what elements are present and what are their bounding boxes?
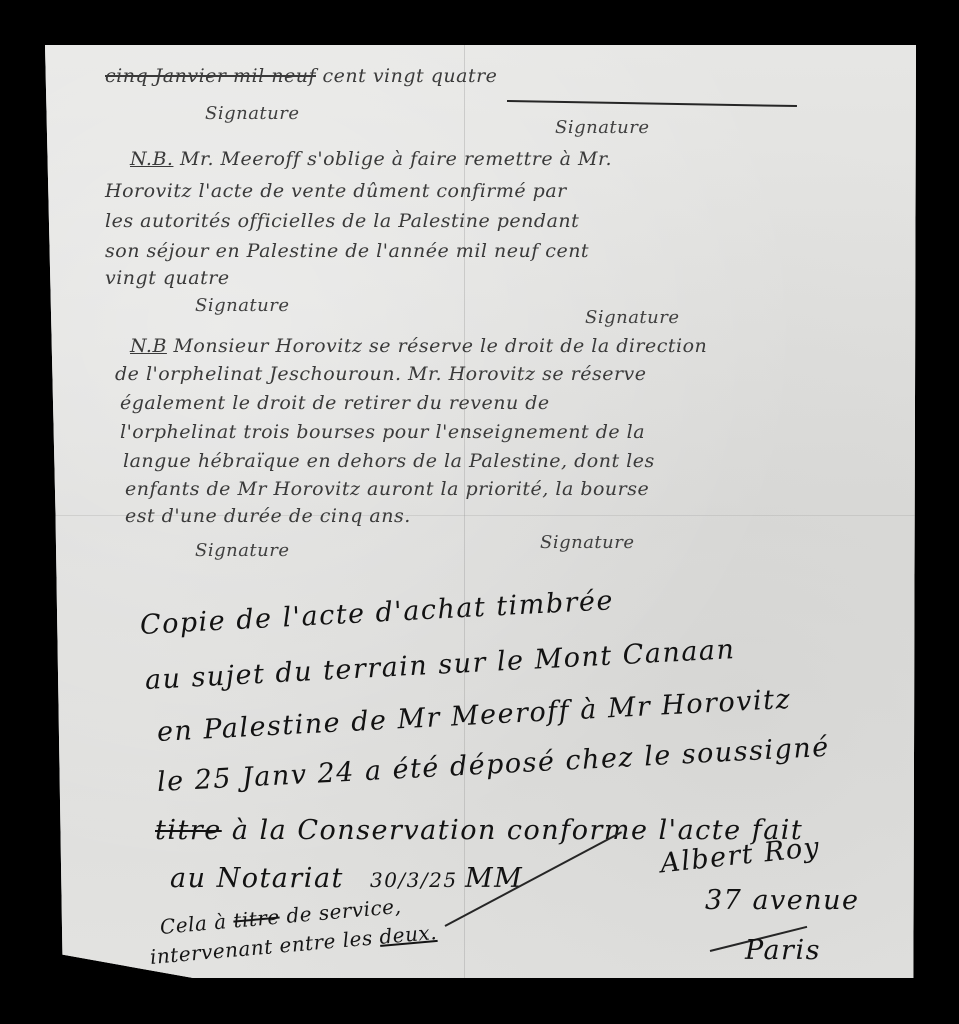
nb1-line-3: les autorités officielles de la Palestin… <box>105 210 579 232</box>
nb1-line-4: son séjour en Palestine de l'année mil n… <box>105 240 589 262</box>
nb1-signature-left: Signature <box>195 295 290 316</box>
nb2-line-1: N.B Monsieur Horovitz se réserve le droi… <box>130 335 707 357</box>
annotation-date: 30/3/25 <box>370 868 458 892</box>
nb2-line-5: langue hébraïque en dehors de la Palesti… <box>123 450 655 472</box>
address-line: 37 avenue <box>705 885 860 916</box>
nb2-label: N.B <box>130 335 167 357</box>
date-text-rest: cent vingt quatre <box>323 65 498 87</box>
nb2-line-4: l'orphelinat trois bourses pour l'enseig… <box>120 421 645 443</box>
address-street: avenue <box>752 885 859 916</box>
nb1-line-1: N.B. Mr. Meeroff s'oblige à faire remett… <box>130 148 612 170</box>
nb1-signature-right: Signature <box>585 307 680 328</box>
underlined-word: deux. <box>378 920 438 949</box>
nb2-line-3: également le droit de retirer du revenu … <box>120 392 550 414</box>
nb1-label: N.B. <box>130 148 173 170</box>
annotation-line-2: au sujet du terrain sur le Mont Canaan <box>144 634 736 696</box>
address-number: 37 <box>705 885 742 916</box>
nb1-line-2: Horovitz l'acte de vente dûment confirmé… <box>105 180 567 202</box>
city: Paris <box>745 935 821 966</box>
signature-label-right: Signature <box>555 117 650 138</box>
annotation-line-1: Copie de l'acte d'achat timbrée <box>139 585 614 641</box>
nb2-line-2: de l'orphelinat Jeschouroun. Mr. Horovit… <box>115 363 647 385</box>
notary-text: au Notariat <box>170 863 344 894</box>
notary-line: au Notariat 30/3/25 <box>170 863 458 894</box>
underline-stroke <box>507 100 797 107</box>
annotation-line-5: titre à la Conservation conforme l'acte … <box>155 815 803 846</box>
nb2-line-6: enfants de Mr Horovitz auront la priorit… <box>125 478 649 500</box>
struck-word: titre <box>155 815 222 846</box>
signature-label-left: Signature <box>205 103 300 124</box>
struck-date-text: cinq Janvier mil neuf <box>105 65 316 87</box>
nb1-line-5: vingt quatre <box>105 267 230 289</box>
nb2-line-7: est d'une durée de cinq ans. <box>125 505 411 527</box>
nb2-signature-right: Signature <box>540 532 635 553</box>
document-page: cinq Janvier mil neuf cent vingt quatre … <box>45 45 916 978</box>
date-line: cinq Janvier mil neuf cent vingt quatre <box>105 65 497 87</box>
nb2-signature-left: Signature <box>195 540 290 561</box>
